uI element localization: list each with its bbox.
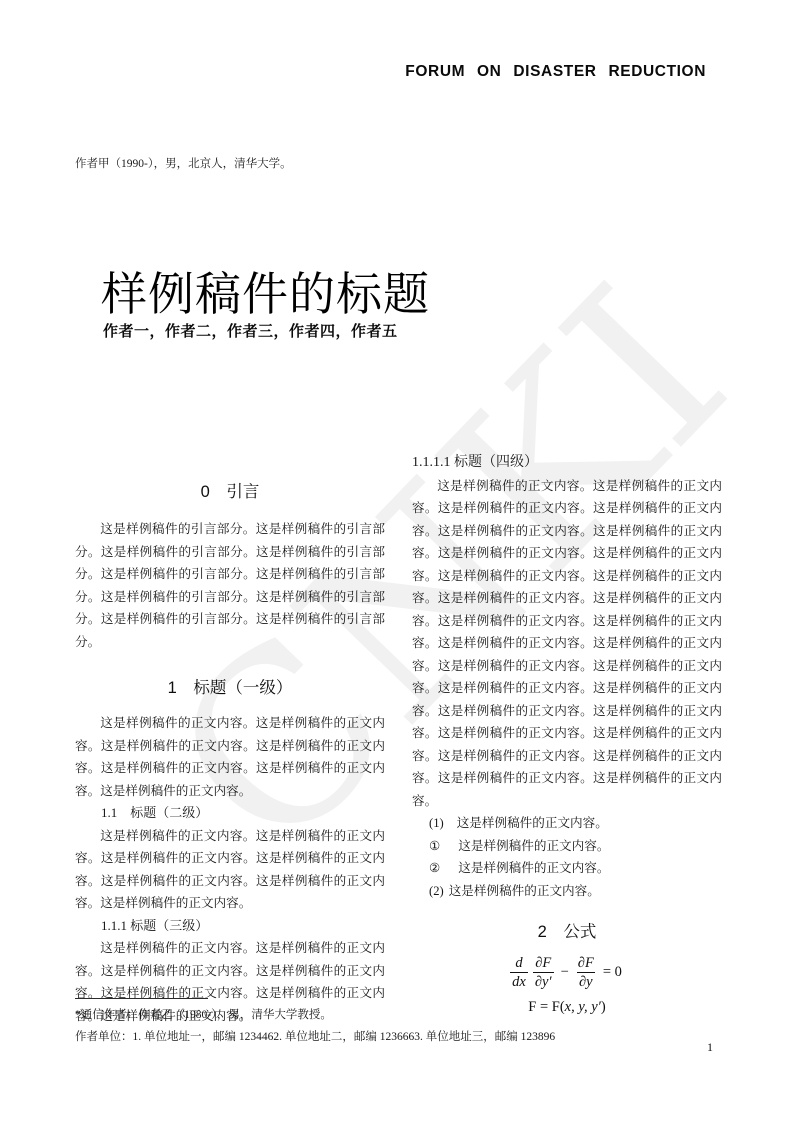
fraction-numerator: d	[513, 954, 524, 972]
authors-line: 作者一，作者二，作者三，作者四，作者五	[103, 320, 398, 341]
section-heading-level2: 1.1 标题（二级）	[75, 802, 385, 825]
author-affiliations-note: 作者单位：1. 单位地址一，邮编 1234462. 单位地址二，邮编 12366…	[75, 1027, 725, 1049]
list-item: ①这是样例稿件的正文内容。	[429, 835, 722, 858]
list-marker: ②	[429, 857, 440, 880]
corresponding-author-note: *通信作者：作者乙（1980-），男，清华大学教授。	[75, 1005, 725, 1027]
fraction-denominator: ∂y′	[533, 972, 554, 991]
footnote-block: *通信作者：作者乙（1980-），男，清华大学教授。 作者单位：1. 单位地址一…	[75, 998, 725, 1048]
footnote-divider	[75, 998, 208, 999]
paper-title: 样例稿件的标题	[101, 258, 430, 324]
section-heading-level4: 1.1.1.1 标题（四级）	[412, 452, 722, 475]
section-heading-level3: 1.1.1 标题（三级）	[75, 915, 385, 938]
list-item: (1)这是样例稿件的正文内容。	[429, 812, 722, 835]
list-item-text: 这是样例稿件的正文内容。	[457, 816, 608, 830]
section-heading-introduction: 0 引言	[75, 478, 385, 502]
two-column-body: 0 引言 这是样例稿件的引言部分。这是样例稿件的引言部分。这是样例稿件的引言部分…	[75, 452, 723, 1027]
manuscript-page: CNKI FORUM ON DISASTER REDUCTION 作者甲（199…	[0, 0, 794, 1123]
fraction-denominator: dx	[510, 972, 528, 991]
equals-zero: = 0	[601, 964, 624, 981]
list-item-text: 这是样例稿件的正文内容。	[458, 839, 609, 853]
page-number: 1	[707, 1040, 713, 1055]
list-item: (2)这是样例稿件的正文内容。	[429, 880, 722, 903]
dF-dyprime-fraction: ∂F ∂y′	[533, 954, 554, 991]
body-paragraph-level1: 这是样例稿件的正文内容。这是样例稿件的正文内容。这是样例稿件的正文内容。这是样例…	[75, 712, 385, 802]
section-heading-formula: 2 公式	[412, 918, 722, 942]
fraction-numerator: ∂F	[576, 954, 596, 972]
introduction-paragraph: 这是样例稿件的引言部分。这是样例稿件的引言部分。这是样例稿件的引言部分。这是样例…	[75, 518, 385, 653]
journal-header: FORUM ON DISASTER REDUCTION	[405, 63, 706, 81]
left-column: 0 引言 这是样例稿件的引言部分。这是样例稿件的引言部分。这是样例稿件的引言部分…	[75, 452, 385, 1027]
body-paragraph-level2: 这是样例稿件的正文内容。这是样例稿件的正文内容。这是样例稿件的正文内容。这是样例…	[75, 825, 385, 915]
list-item-text: 这是样例稿件的正文内容。	[458, 861, 609, 875]
list-marker: (1)	[429, 812, 444, 835]
euler-lagrange-equation: d dx ∂F ∂y′ − ∂F ∂y = 0	[412, 954, 722, 991]
list-item: ②这是样例稿件的正文内容。	[429, 857, 722, 880]
body-paragraph-level4: 这是样例稿件的正文内容。这是样例稿件的正文内容。这是样例稿件的正文内容。这是样例…	[412, 475, 722, 813]
section-heading-level1: 1 标题（一级）	[75, 674, 385, 698]
minus-operator: −	[559, 964, 571, 981]
fraction-numerator: ∂F	[533, 954, 553, 972]
fraction-denominator: ∂y	[577, 972, 595, 991]
d-dx-fraction: d dx	[510, 954, 528, 991]
numbered-list: (1)这是样例稿件的正文内容。 ①这是样例稿件的正文内容。 ②这是样例稿件的正文…	[412, 812, 722, 902]
list-item-text: 这是样例稿件的正文内容。	[449, 884, 600, 898]
list-marker: ①	[429, 835, 440, 858]
list-marker: (2)	[429, 880, 444, 903]
first-author-biography-note: 作者甲（1990-），男，北京人，清华大学。	[75, 155, 292, 171]
right-column: 1.1.1.1 标题（四级） 这是样例稿件的正文内容。这是样例稿件的正文内容。这…	[412, 452, 722, 1027]
dF-dy-fraction: ∂F ∂y	[576, 954, 596, 991]
